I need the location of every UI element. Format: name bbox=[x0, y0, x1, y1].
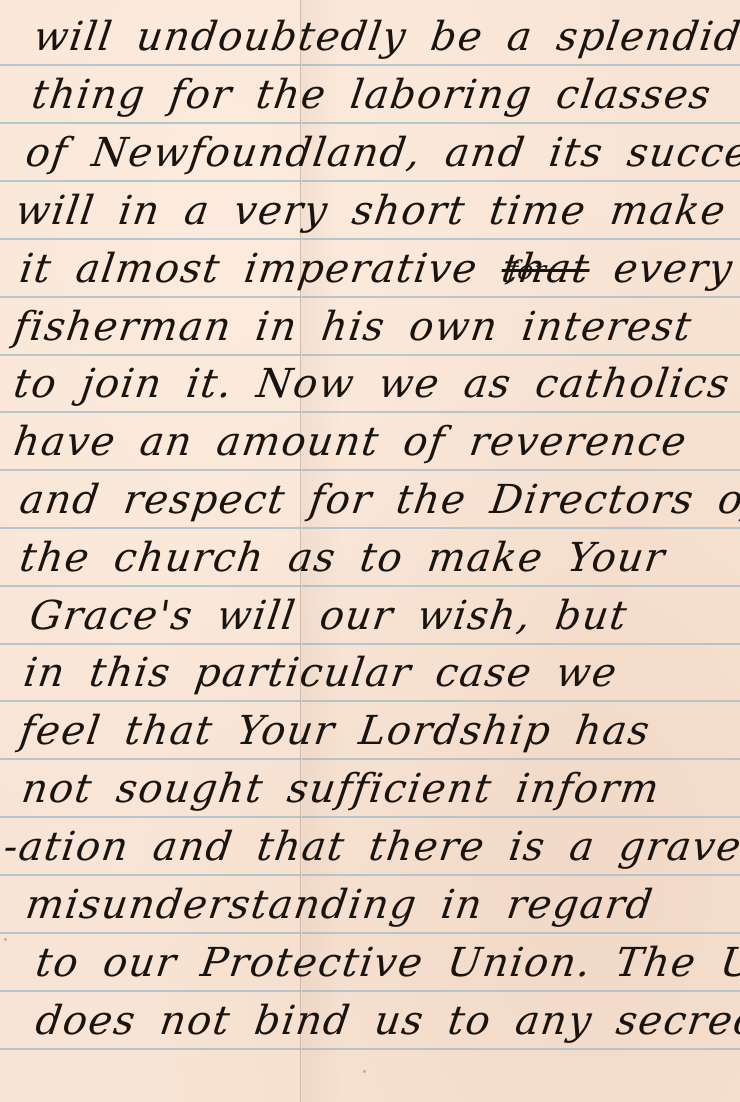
handwritten-line: the church as to make Your bbox=[16, 529, 740, 587]
letter-page: will undoubtedly be a splendid thing for… bbox=[0, 0, 740, 1102]
handwritten-line: fisherman in his own interest bbox=[10, 298, 740, 356]
handwritten-line: it almost imperative that every bbox=[16, 240, 740, 298]
line-segment: every bbox=[586, 246, 736, 292]
handwritten-line: not sought sufficient inform bbox=[18, 760, 740, 818]
handwritten-line: will undoubtedly be a splendid bbox=[30, 8, 740, 66]
handwritten-line: to join it. Now we as catholics bbox=[10, 355, 740, 413]
handwritten-line: will in a very short time make bbox=[12, 182, 740, 240]
handwritten-line: feel that Your Lordship has bbox=[16, 702, 740, 760]
handwritten-line: thing for the laboring classes bbox=[28, 66, 740, 124]
handwritten-line: and respect for the Directors of bbox=[16, 471, 740, 529]
paper-speck bbox=[363, 1070, 366, 1073]
paper-speck bbox=[4, 938, 7, 941]
handwritten-line: in this particular case we bbox=[20, 644, 740, 702]
handwritten-line: Grace's will our wish, but bbox=[26, 587, 740, 645]
handwritten-line: -ation and that there is a grave bbox=[0, 818, 740, 876]
handwritten-line: to our Protective Union. The Union bbox=[32, 934, 740, 992]
handwritten-line: of Newfoundland, and its success bbox=[22, 124, 740, 182]
handwritten-line: does not bind us to any secrecy bbox=[32, 992, 740, 1050]
line-segment: it almost imperative bbox=[17, 246, 505, 292]
inserted-word: for bbox=[506, 256, 548, 286]
handwritten-line: misunderstanding in regard bbox=[22, 876, 740, 934]
handwritten-line: have an amount of reverence bbox=[10, 413, 740, 471]
